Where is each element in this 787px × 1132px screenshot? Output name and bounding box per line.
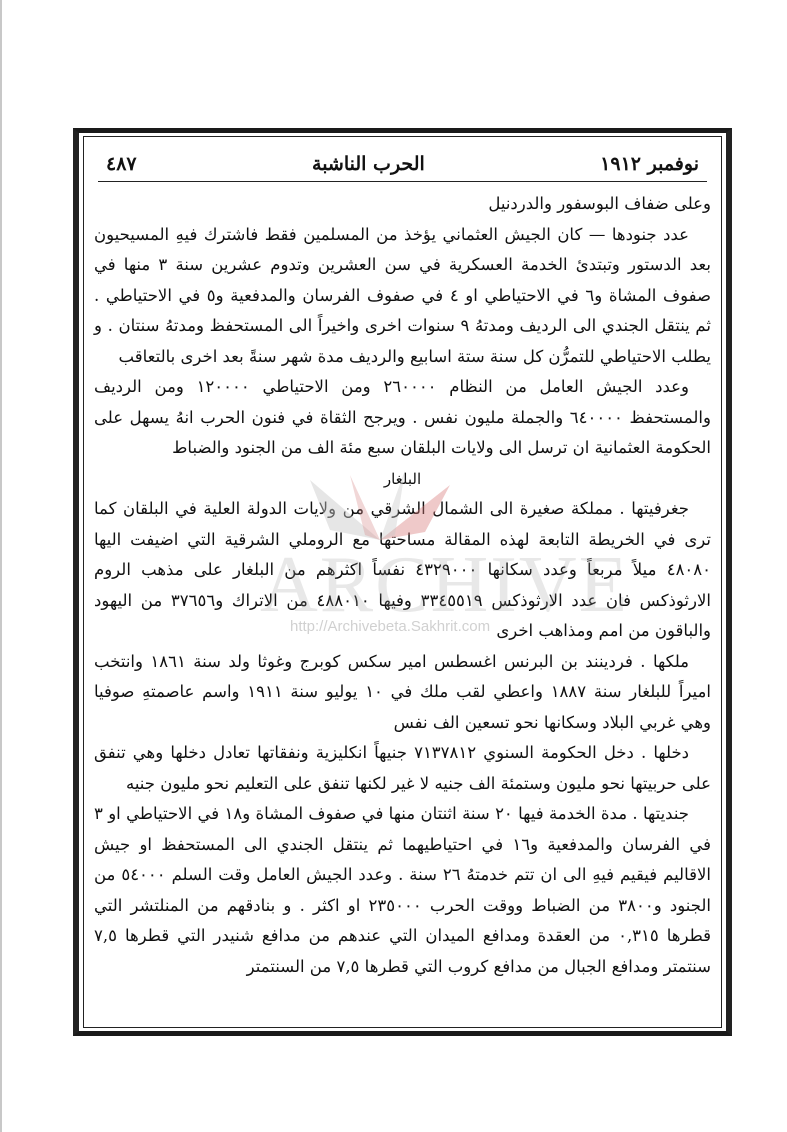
page-left-edge xyxy=(0,0,2,1132)
paragraph-king: ملكها . فردينند بن البرنس اغسطس امير سكس… xyxy=(94,647,711,739)
page-frame-inner: نوفمبر ١٩١٢ الحرب الناشبة ٤٨٧ وعلى ضفاف … xyxy=(83,136,722,1028)
header-date: نوفمبر ١٩١٢ xyxy=(600,153,699,175)
paragraph-revenue: دخلها . دخل الحكومة السنوي ٧١٣٧٨١٢ جنيها… xyxy=(94,738,711,799)
paragraph-geography: جغرفيتها . مملكة صغيرة الى الشمال الشرقي… xyxy=(94,494,711,647)
section-heading-bulgaria: البلغار xyxy=(94,464,711,495)
page-frame: نوفمبر ١٩١٢ الحرب الناشبة ٤٨٧ وعلى ضفاف … xyxy=(73,128,732,1036)
paragraph-military: جنديتها . مدة الخدمة فيها ٢٠ سنة اثنتان … xyxy=(94,799,711,982)
article-body: وعلى ضفاف البوسفور والدردنيل عدد جنودها … xyxy=(94,189,711,982)
paragraph-intro: وعلى ضفاف البوسفور والدردنيل xyxy=(94,189,711,220)
page-number: ٤٨٧ xyxy=(106,153,137,175)
header-title: الحرب الناشبة xyxy=(312,153,425,175)
paragraph-army-size: وعدد الجيش العامل من النظام ٢٦٠٠٠٠ ومن ا… xyxy=(94,372,711,464)
paragraph-ottoman-army: عدد جنودها — كان الجيش العثماني يؤخذ من … xyxy=(94,220,711,373)
running-header: نوفمبر ١٩١٢ الحرب الناشبة ٤٨٧ xyxy=(98,147,707,182)
